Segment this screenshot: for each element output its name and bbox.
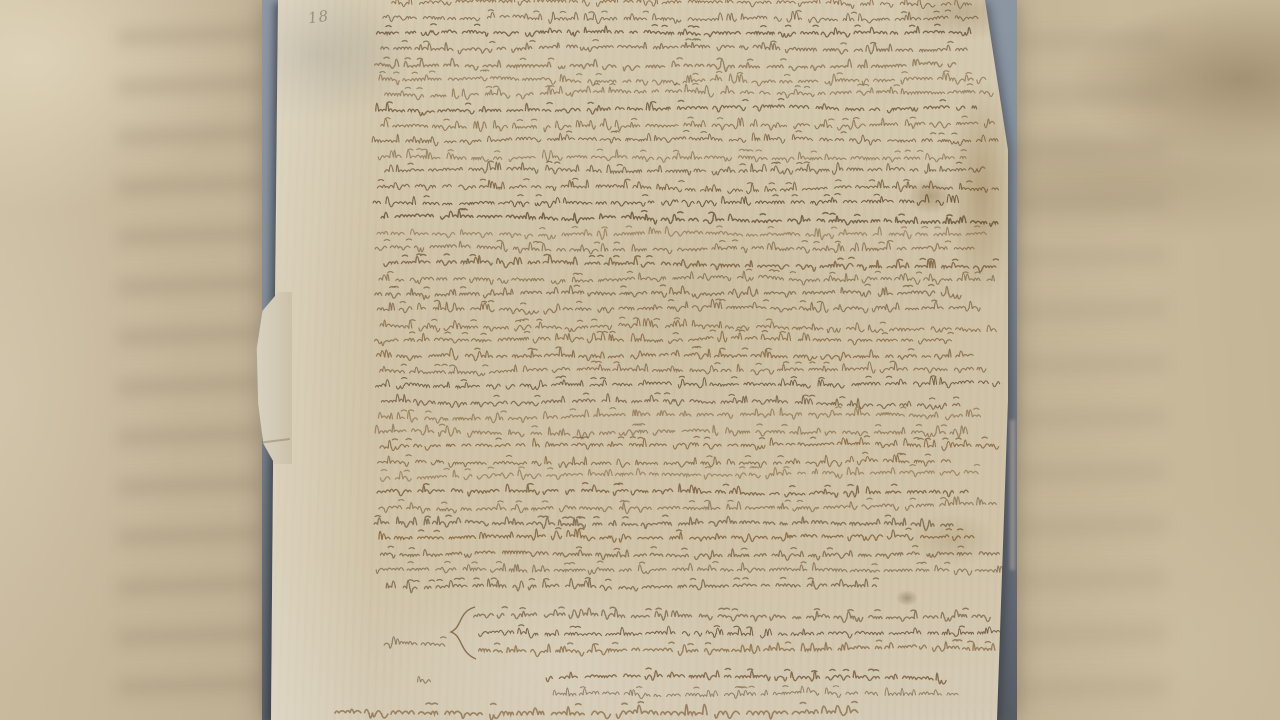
blurred-text-streaks-right	[1017, 0, 1167, 720]
right-edge-highlight	[1010, 420, 1015, 570]
blurred-backdrop-left	[0, 0, 262, 720]
page-edge-shadow	[262, 0, 1017, 720]
folio-number: 18	[307, 7, 330, 28]
blurred-text-streaks-left	[118, 0, 262, 720]
manuscript-photo	[262, 0, 1017, 720]
parchment-stains	[262, 0, 1017, 720]
blurred-backdrop-right	[1017, 0, 1280, 720]
video-frame: 18	[0, 0, 1280, 720]
parchment-page	[262, 0, 1017, 720]
